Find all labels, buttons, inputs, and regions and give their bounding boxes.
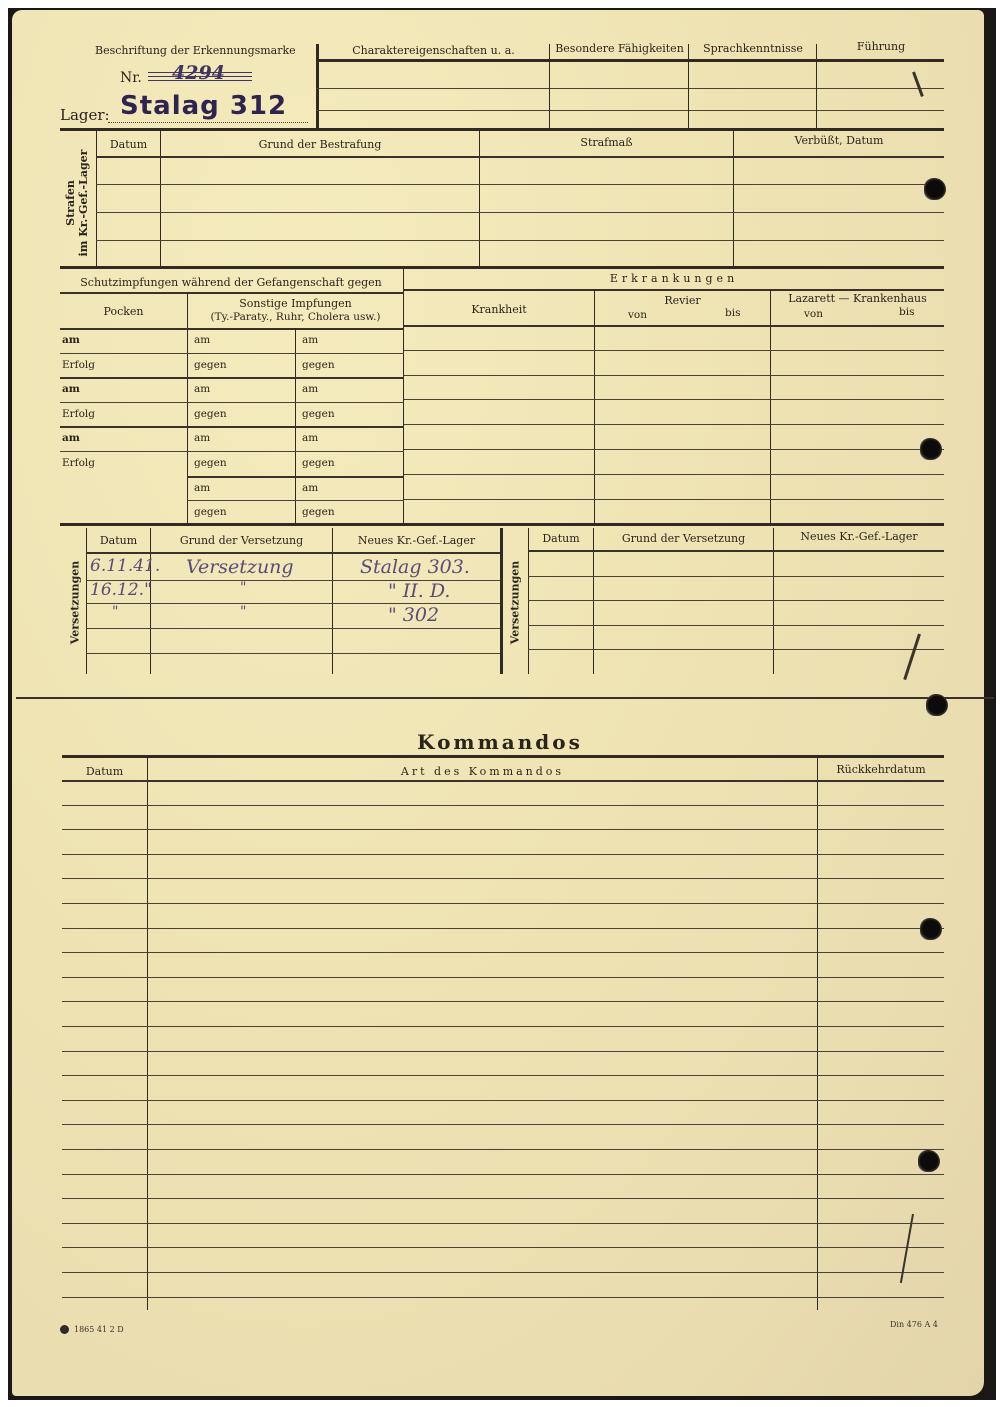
revier-bis: bis (725, 307, 740, 319)
col-lazarett: Lazarett — Krankenhaus (771, 292, 944, 305)
row-line (60, 451, 404, 452)
versetzung-lager: " 302 (388, 604, 439, 626)
punch-hole (926, 694, 948, 716)
col-fuehrung: Führung (818, 40, 944, 53)
kommandos-col-datum: Datum (62, 765, 147, 778)
fold-line (16, 697, 994, 699)
versetzungen-side-label-right: Versetzungen (509, 548, 522, 658)
pocken-row-label: am (62, 383, 80, 395)
charakter-entry-area[interactable] (318, 62, 944, 128)
impfung-entry-field[interactable] (90, 355, 185, 376)
versetzung-datum: 16.12." (90, 580, 152, 600)
vers-col-datum: Datum (87, 534, 150, 547)
sonstige-row-label: am (194, 383, 210, 395)
col-faehigkeiten: Besondere Fähigkeiten (551, 42, 688, 55)
col-krankheit: Krankheit (404, 303, 594, 316)
kommandos-title: Kommandos (400, 730, 600, 754)
printer-seal-icon (60, 1325, 69, 1334)
nr-label: Nr. (120, 70, 142, 86)
impfung-entry-field[interactable] (220, 478, 290, 499)
col-charakter: Charaktereigenschaften u. a. (318, 44, 549, 57)
versetzung-grund: " (240, 604, 246, 620)
versetzung-grund: " (240, 580, 246, 596)
impfung-entry-field[interactable] (90, 330, 185, 351)
kommandos-col-rueckkehr: Rückkehrdatum (818, 763, 944, 776)
pocken-row-label: am (62, 334, 80, 346)
strafen-col-grund: Grund der Bestrafung (161, 138, 479, 151)
sonstige-row-label: am (302, 383, 318, 395)
versetzungen-side-label-left: Versetzungen (69, 548, 82, 658)
impfung-entry-field[interactable] (330, 502, 400, 523)
vers2-col-datum: Datum (529, 532, 593, 545)
strafen-entry-area[interactable] (97, 158, 944, 266)
impfung-entry-field[interactable] (90, 379, 185, 400)
row-line (60, 353, 404, 354)
col-revier: Revier (595, 294, 770, 307)
punch-hole (924, 178, 946, 200)
impfungen-title: Schutzimpfungen während der Gefangenscha… (60, 276, 402, 289)
col-pocken: Pocken (60, 305, 187, 318)
versetzung-lager: " II. D. (388, 580, 450, 602)
impfung-entry-field[interactable] (330, 453, 400, 474)
erkennungsmarke-label: Beschriftung der Erkennungsmarke (95, 44, 285, 57)
kommandos-entry-area[interactable] (63, 782, 944, 1310)
row-line (187, 500, 404, 501)
sonstige-row-label: am (302, 334, 318, 346)
impfung-entry-field[interactable] (330, 379, 400, 400)
impfung-entry-field[interactable] (330, 428, 400, 449)
sonstige-row-label: gegen (194, 359, 227, 371)
pocken-row-label: am (62, 432, 80, 444)
impfung-entry-field[interactable] (90, 453, 185, 474)
strafen-col-strafmass: Strafmaß (480, 136, 733, 149)
strafen-side-label: Strafen im Kr.-Gef.-Lager (64, 148, 90, 258)
vers-col-grund: Grund der Versetzung (151, 534, 332, 547)
erkrankungen-title: Erkrankungen (404, 272, 944, 285)
impfung-entry-field[interactable] (330, 404, 400, 425)
print-code: 1865 41 2 D (74, 1325, 124, 1334)
lazarett-bis: bis (899, 306, 914, 318)
lager-field[interactable]: Stalag 312 (108, 92, 308, 123)
versetzung-datum: " (112, 604, 118, 620)
versetzung-lager: Stalag 303. (360, 556, 470, 578)
strafen-col-datum: Datum (97, 138, 160, 151)
versetzungen-right-entry-area[interactable] (529, 552, 944, 674)
din-format: Din 476 A 4 (890, 1320, 938, 1329)
row-line (60, 402, 404, 403)
impfung-entry-field[interactable] (90, 404, 185, 425)
versetzung-datum: 6.11.41. (90, 556, 160, 576)
versetzung-grund: Versetzung (186, 556, 294, 578)
lager-stamp: Stalag 312 (120, 91, 287, 121)
impfung-entry-field[interactable] (330, 355, 400, 376)
impfung-entry-field[interactable] (220, 502, 290, 523)
sonstige-row-label: am (302, 432, 318, 444)
lazarett-von: von (804, 308, 823, 320)
vers-col-lager: Neues Kr.-Gef.-Lager (333, 534, 500, 547)
col-sprachkenntnisse: Sprachkenntnisse (690, 42, 816, 55)
vers2-col-grund: Grund der Versetzung (594, 532, 773, 545)
sonstige-row-label: gegen (194, 408, 227, 420)
punch-hole (918, 1150, 940, 1172)
nr-field[interactable]: 4294 (148, 66, 252, 88)
sonstige-row-label: am (302, 482, 318, 494)
revier-von: von (628, 309, 647, 321)
sonstige-row-label: am (194, 432, 210, 444)
lager-label: Lager: (60, 106, 110, 124)
col-sonstige-2: (Ty.-Paraty., Ruhr, Cholera usw.) (188, 311, 403, 323)
sonstige-row-label: am (194, 334, 210, 346)
kommandos-col-art: Art des Kommandos (148, 765, 817, 778)
impfung-entry-field[interactable] (330, 478, 400, 499)
sonstige-row-label: am (194, 482, 210, 494)
erkrankungen-entry-area[interactable] (405, 327, 944, 523)
sonstige-row-label: gegen (194, 457, 227, 469)
strafen-col-verbuesst: Verbüßt, Datum (734, 134, 944, 147)
impfung-entry-field[interactable] (90, 428, 185, 449)
punch-hole (920, 918, 942, 940)
impfung-entry-field[interactable] (330, 330, 400, 351)
punch-hole (920, 438, 942, 460)
vers2-col-lager: Neues Kr.-Gef.-Lager (774, 530, 944, 543)
col-sonstige-1: Sonstige Impfungen (188, 297, 403, 310)
